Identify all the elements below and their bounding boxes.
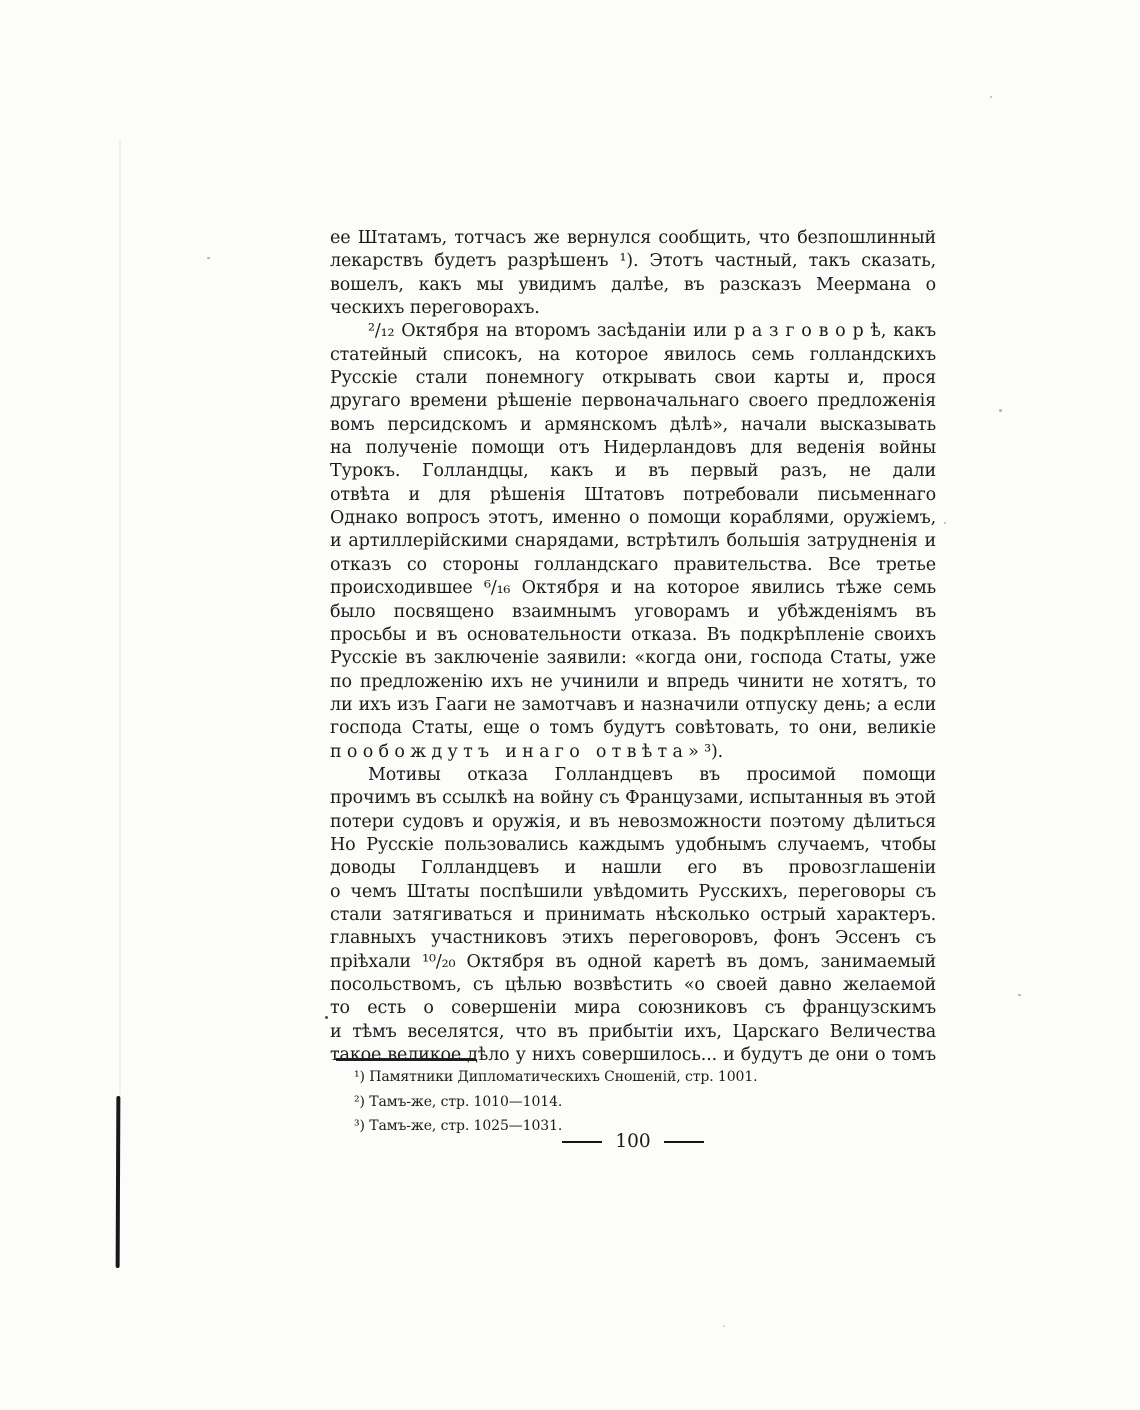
text-line: господа Статы, еще о томъ будутъ совѣтов… [330,717,936,740]
footnotes: ¹) Памятники Дипломатическихъ Сношеній, … [354,1065,944,1139]
text-line: пріѣхали ¹⁰/₂₀ Октября въ одной каретѣ в… [330,951,936,974]
text-line: Мотивы отказа Голландцевъ въ просимой по… [330,764,936,787]
text-line: потери судовъ и оружія, и въ невозможнос… [330,811,936,834]
text-line: статейный списокъ, на которое явилось се… [330,344,936,367]
text-line: стали затягиваться и принимать нѣсколько… [330,904,936,927]
scan-speck [325,1016,328,1019]
text-line: ее Штатамъ, тотчасъ же вернулся сообщить… [330,227,936,250]
scan-speck [999,409,1002,412]
text-line: Русскіе стали понемногу открывать свои к… [330,367,936,390]
text-line: доводы Голландцевъ и нашли его въ провоз… [330,857,936,880]
text-line: ²/₁₂ Октября на второмъ засѣданіи или р … [330,320,936,343]
text-line: ческихъ переговорахъ. [330,297,936,320]
page-footer: 100 [330,1131,936,1152]
footer-dash-left [562,1141,602,1143]
text-line: другаго времени рѣшеніе первоначальнаго … [330,390,936,413]
text-line: Русскіе въ заключеніе заявили: «когда он… [330,647,936,670]
text-line: п о о б о ж д у т ъ и н а г о о т в ѣ т … [330,741,936,764]
footnote: ²) Тамъ-же, стр. 1010—1014. [354,1090,944,1115]
text-line: происходившее ⁶/₁₆ Октября и на которое … [330,577,936,600]
text-line: Но Русскіе пользовались каждымъ удобнымъ… [330,834,936,857]
text-line: просьбы и въ основательности отказа. Въ … [330,624,936,647]
scan-speck [990,96,992,98]
text-line: ли ихъ изъ Гааги не замотчавъ и назначил… [330,694,936,717]
text-line: вошелъ, какъ мы увидимъ далѣе, въ разска… [330,274,936,297]
text-line: отвѣта и для рѣшенія Штатовъ потребовали… [330,484,936,507]
scan-speck [1018,994,1021,996]
text-line: было посвящено взаимнымъ уговорамъ и убѣ… [330,601,936,624]
text-line: прочимъ въ ссылкѣ на войну съ Французами… [330,787,936,810]
text-line: на полученіе помощи отъ Нидерландовъ для… [330,437,936,460]
text-line: Однако вопросъ этотъ, именно о помощи ко… [330,507,936,530]
text-line: Турокъ. Голландцы, какъ и въ первый разъ… [330,460,936,483]
text-line: такое великое дѣло у нихъ совершилось...… [330,1044,936,1067]
binding-shadow-line [116,1096,121,1268]
text-line: и артиллерійскими снарядами, встрѣтилъ б… [330,530,936,553]
text-line: о чемъ Штаты поспѣшили увѣдомить Русских… [330,881,936,904]
scan-speck [723,1325,725,1327]
footnote-separator [336,1058,476,1061]
page-edge-line [119,140,121,1095]
text-line: то есть о совершеніи мира союзниковъ съ … [330,997,936,1020]
text-line: отказъ со стороны голландскаго правитель… [330,554,936,577]
text-line: лекарствъ будетъ разрѣшенъ ¹). Этотъ час… [330,250,936,273]
footer-dash-right [664,1141,704,1143]
text-line: посольствомъ, съ цѣлью возвѣстить «о сво… [330,974,936,997]
text-line: и тѣмъ веселятся, что въ прибытіи ихъ, Ц… [330,1021,936,1044]
page-number: 100 [615,1131,650,1152]
text-block: ее Штатамъ, тотчасъ же вернулся сообщить… [330,227,936,1067]
footnote: ¹) Памятники Дипломатическихъ Сношеній, … [354,1065,944,1090]
scanned-book-page: ее Штатамъ, тотчасъ же вернулся сообщить… [0,0,1140,1410]
text-line: главныхъ участниковъ этихъ переговоровъ,… [330,927,936,950]
text-line: по предложенію ихъ не учинили и впредь ч… [330,671,936,694]
scan-speck [207,257,210,259]
text-line: вомъ персидскомъ и армянскомъ дѣлѣ», нач… [330,414,936,437]
scan-speck [944,522,946,524]
